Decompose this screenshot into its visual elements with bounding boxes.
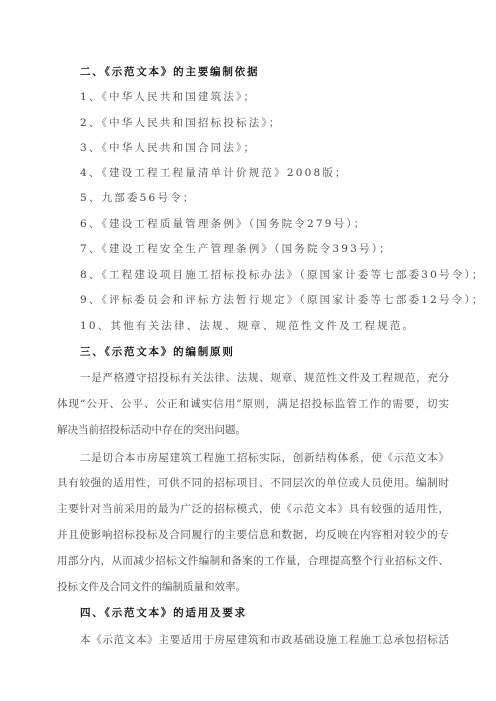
paragraph-line: 二是切合本市房屋建筑工程施工招标实际，创新结构体系，使《示范文本》 [80, 451, 449, 465]
list-item: 8、《工程建设项目施工招标投标办法》（原国家计委等七部委30号令）； [80, 268, 485, 282]
list-item: 10、其他有关法律、法规、规章、规范性文件及工程规范。 [80, 319, 415, 333]
list-item: 2、《中华人民共和国招标投标法》； [80, 116, 282, 130]
paragraph-line: 投标文件及合同文件的编制质量和效率。 [57, 580, 449, 594]
section-3-heading: 三、《示范文本》的编制原则 [80, 345, 235, 359]
list-item: 1、《中华人民共和国建筑法》； [80, 90, 256, 104]
paragraph-line: 一是严格遵守招投标有关法律、法规、规章、规范性文件及工程规范，充分 [80, 371, 449, 385]
list-item: 6、《建设工程质量管理条例》（国务院令279号）； [80, 217, 366, 231]
list-item: 9、《评标委员会和评标方法暂行规定》（原国家计委等七部委12号令）； [80, 293, 485, 307]
paragraph-line: 主要针对当前采用的最为广泛的招标模式，使《示范文本》具有较强的适用性， [57, 502, 449, 516]
paragraph-line: 并且使影响招标投标及合同履行的主要信息和数据，均反映在内容相对较少的专 [57, 528, 449, 542]
paragraph-line: 具有较强的适用性，可供不同的招标项目、不同层次的单位或人员使用。编制时 [57, 476, 449, 490]
list-item: 7、《建设工程安全生产管理条例》（国务院令393号）； [80, 242, 392, 256]
section-4-heading: 四、《示范文本》的适用及要求 [80, 606, 247, 620]
paragraph-line: 解决当前招投标活动中存在的突出问题。 [57, 423, 449, 437]
section-2-heading: 二、《示范文本》的主要编制依据 [80, 65, 259, 79]
paragraph-line: 体现“公开、公平、公正和诚实信用”原则，满足招投标监管工作的需要，切实 [57, 397, 449, 411]
document-page: 二、《示范文本》的主要编制依据 1、《中华人民共和国建筑法》； 2、《中华人民共… [0, 0, 496, 701]
list-item: 4、《建设工程工程量清单计价规范》2008版； [80, 166, 348, 180]
paragraph-line: 用部分内，从而减少招标文件编制和备案的工作量，合理提高整个行业招标文件、 [57, 554, 449, 568]
paragraph-line: 本《示范文本》主要适用于房屋建筑和市政基础设施工程施工总承包招标活 [80, 633, 449, 647]
list-item: 5、九部委56号令； [80, 191, 196, 205]
list-item: 3、《中华人民共和国合同法》； [80, 141, 256, 155]
